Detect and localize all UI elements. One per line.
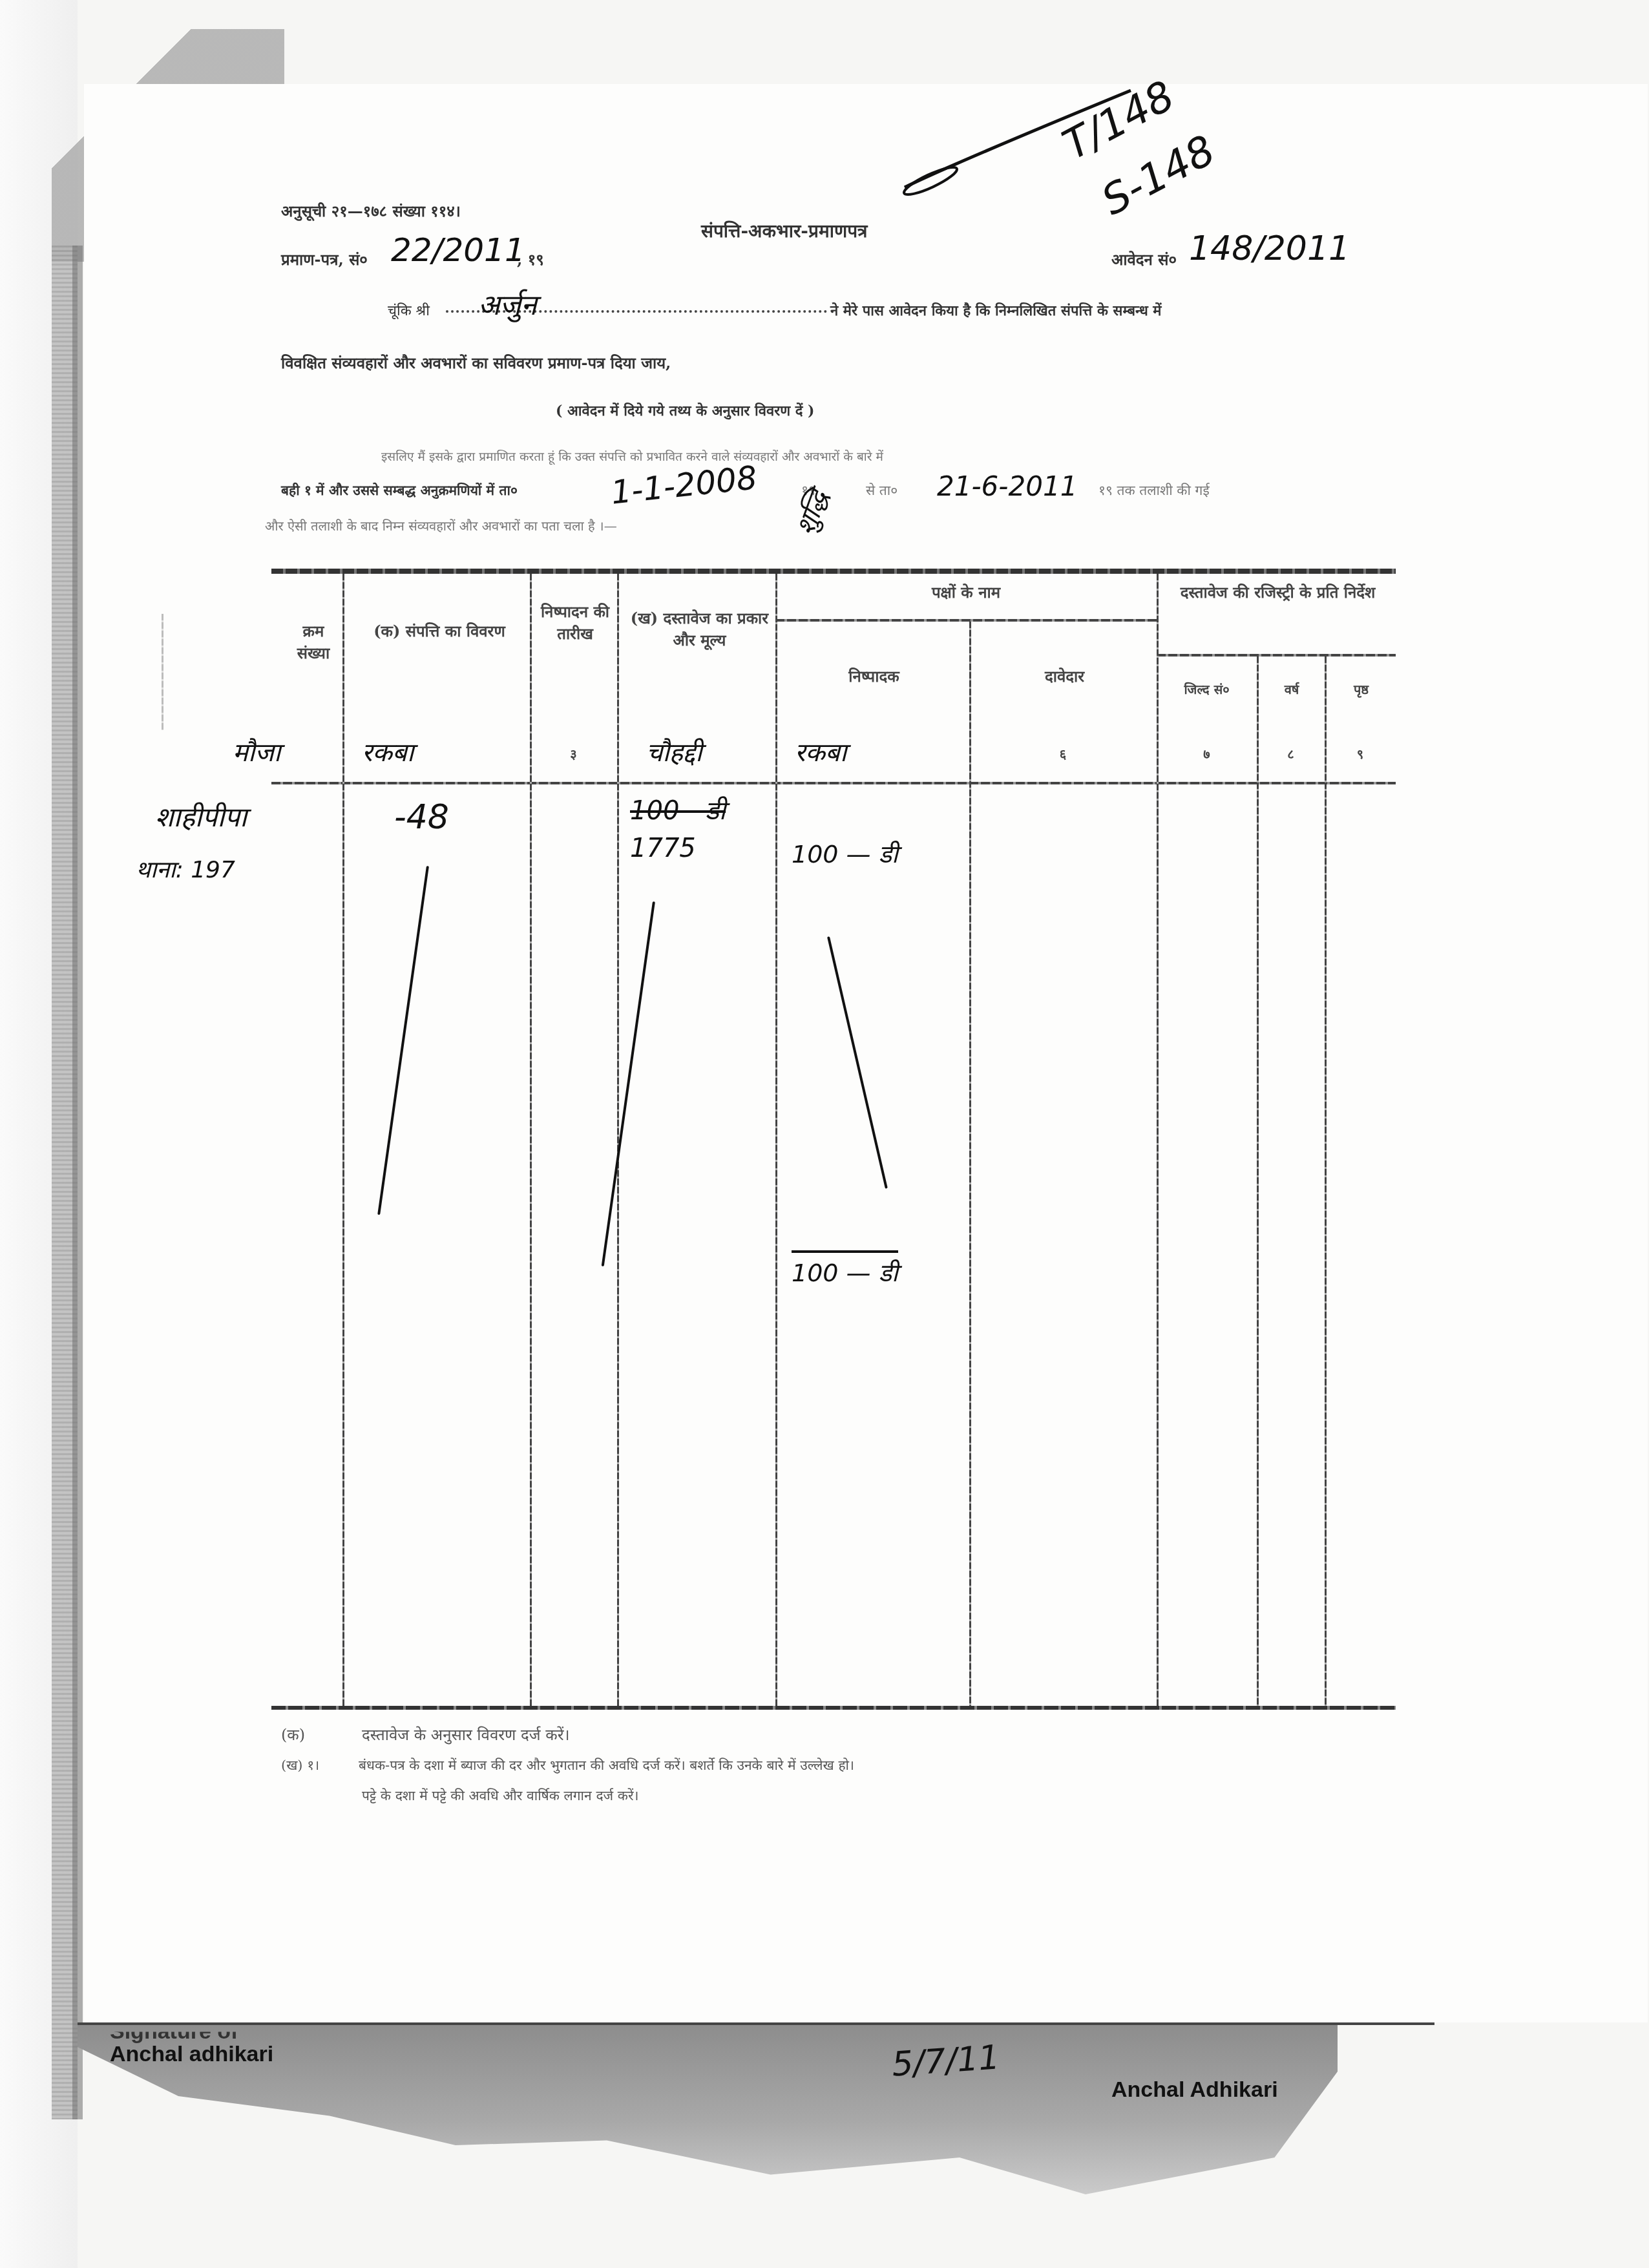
footnote-2-marker: (ख) १।: [281, 1756, 319, 1774]
header-execution-date: निष्पादन की तारीख: [533, 601, 617, 645]
entry-executant-total: 100 — डी: [792, 1250, 898, 1289]
search-to-suffix: १९ तक तलाशी की गई: [1098, 481, 1210, 499]
footnote-1-marker: (क): [281, 1724, 305, 1745]
column-number-3: ३: [530, 743, 617, 765]
column-number-7: ७: [1157, 743, 1257, 765]
handwritten-chauhaddi: चौहद्दी: [646, 733, 702, 769]
table-header-bottom-border: [271, 782, 1396, 784]
intro-prefix: चूंकि श्री: [388, 300, 430, 320]
right-signature-title: Anchal Adhikari: [1111, 2077, 1278, 2103]
registration-group-divider: [1157, 654, 1396, 656]
certification-line3: और ऐसी तलाशी के बाद निम्न संव्यवहारों और…: [265, 517, 617, 534]
header-property: (क) संपत्ति का विवरण: [355, 620, 523, 642]
entry-property-area: -48: [394, 798, 449, 837]
search-to-prefix: से ता०: [866, 481, 898, 499]
column-number-9: ९: [1325, 743, 1396, 765]
header-document-type: (ख) दस्तावेज का प्रकार और मूल्य: [624, 607, 775, 651]
handwritten-sign-date: 5/7/11: [890, 2038, 1001, 2084]
header-page: पृष्ठ: [1327, 678, 1396, 700]
col-divider-1: [342, 574, 344, 1706]
left-signature-title: Anchal adhikari: [110, 2042, 273, 2067]
handwritten-mauza: मौजा: [233, 733, 280, 769]
application-number-label: आवेदन सं०: [1111, 249, 1177, 270]
certificate-year-suffix: , १९: [517, 249, 544, 270]
header-serial: क्रम संख्या: [284, 620, 342, 664]
intro-line2: विवक्षित संव्यवहारों और अवभारों का सविवर…: [281, 352, 671, 373]
handwritten-rakba-executant: रकबा: [795, 733, 846, 769]
col-divider-4: [775, 574, 777, 1706]
header-parties-group: पक्षों के नाम: [775, 582, 1157, 604]
header-registration-group: दस्तावेज की रजिस्ट्री के प्रति निर्देश: [1160, 582, 1396, 604]
header-claimant: दावेदार: [972, 666, 1157, 688]
intro-instruction: ( आवेदन में दिये गये तथ्य के अनुसार विवर…: [556, 401, 814, 420]
scan-page-edge: [78, 2022, 1434, 2025]
scan-fold-edge-dark: [72, 246, 83, 2119]
col-divider-8: [1325, 656, 1327, 1706]
handwritten-rakba-property: रकबा: [362, 733, 414, 769]
search-to-date: 21-6-2011: [937, 470, 1077, 502]
header-volume-no: जिल्द सं०: [1157, 678, 1257, 700]
footnote-2-text: बंधक-पत्र के दशा में ब्याज की दर और भुगत…: [359, 1756, 854, 1774]
column-number-8: ८: [1257, 743, 1325, 765]
certificate-number-label: प्रमाण-पत्र, सं०: [281, 249, 368, 270]
col-divider-7: [1257, 656, 1259, 1706]
entry-document-value-struck: 100—डी: [630, 792, 726, 827]
table-top-border: [271, 569, 1396, 574]
column-number-6: ६: [969, 743, 1157, 765]
header-executant: निष्पादक: [779, 666, 969, 688]
margin-faint-line: [162, 614, 163, 730]
entry-village: शाहीपीपा: [155, 798, 247, 835]
table-bottom-border: [271, 1706, 1396, 1710]
certificate-number: 22/2011: [391, 231, 525, 269]
entry-document-value: 1775: [630, 834, 696, 863]
application-number: 148/2011: [1189, 229, 1350, 268]
certificate-page: [84, 84, 1648, 2022]
intro-line1-rest: ने मेरे पास आवेदन किया है कि निम्नलिखित …: [830, 300, 1162, 320]
entry-executant-area: 100 — डी: [792, 837, 898, 870]
document-title: संपत्ति-अकभार-प्रमाणपत्र: [701, 218, 868, 243]
entry-thana: थाना: 197: [136, 853, 235, 885]
parties-group-divider: [775, 619, 1157, 622]
col-divider-5: [969, 622, 971, 1706]
applicant-name: अर्जुन: [478, 284, 537, 323]
header-year: वर्ष: [1259, 678, 1325, 700]
certification-line1: इसलिए मैं इसके द्वारा प्रमाणित करता हूं …: [381, 448, 883, 465]
certification-line2-prefix: बही १ में और उससे सम्बद्ध अनुक्रमणियों म…: [281, 481, 518, 499]
footnote-3-text: पट्टे के दशा में पट्टे की अवधि और वार्षि…: [362, 1787, 638, 1805]
schedule-reference: अनुसूची २१—१७८ संख्या ११४।: [281, 200, 461, 222]
footnote-1-text: दस्तावेज के अनुसार विवरण दर्ज करें।: [362, 1724, 570, 1745]
